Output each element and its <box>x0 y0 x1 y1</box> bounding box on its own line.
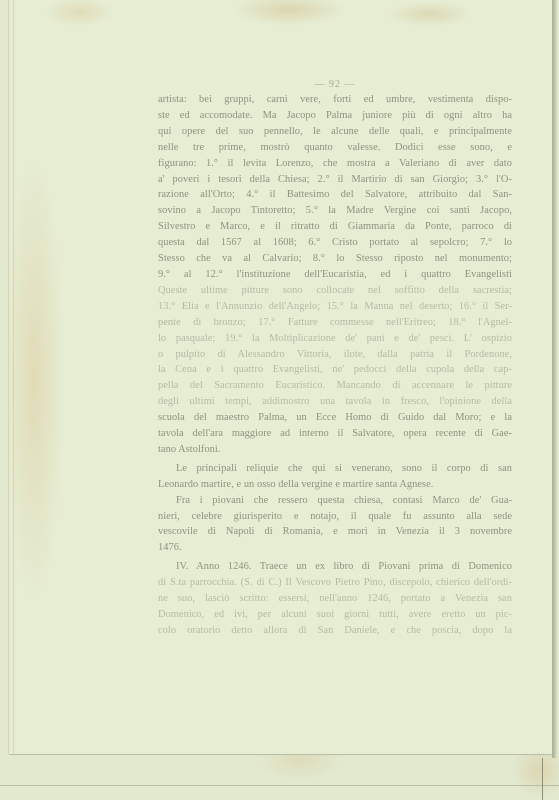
text-line: sovino a Jacopo Tintoretto; 5.° la Madre… <box>158 203 512 219</box>
text-line: Stesso che va al Calvario; 8.° lo Stesso… <box>158 251 512 267</box>
text-line: pella del Sacramento Eucaristico. Mancan… <box>158 378 512 394</box>
text-line: Silvestro e Marco, e il ritratto di Giam… <box>158 219 512 235</box>
paragraph-relics: Le principali reliquie che qui si venera… <box>158 461 512 493</box>
text-line: artista: bei gruppi, carni vere, forti e… <box>158 92 512 108</box>
text-line: 1476. <box>158 540 512 556</box>
text-line: ne suo, lasciò scritto: essersi, nell'an… <box>158 591 512 607</box>
page-right-edge <box>552 0 556 758</box>
text-line: Leonardo martire, e un osso della vergin… <box>158 477 512 493</box>
text-line: figurano: 1.° il levita Lorenzo, che mos… <box>158 156 512 172</box>
text-line: qui opere del suo pennello, le alcune de… <box>158 124 512 140</box>
text-line: tano Astolfoni. <box>158 442 512 458</box>
text-line: 9.° al 12.° l'instituzione dell'Eucarist… <box>158 267 512 283</box>
text-line: colo oratorio detto allora di San Daniel… <box>158 623 512 639</box>
paragraph-artworks: artista: bei gruppi, carni vere, forti e… <box>158 92 512 458</box>
page-gutter-stain <box>13 0 14 754</box>
text-line: scuola del maestro Palma, un Ecce Homo d… <box>158 410 512 426</box>
text-line: tavola dell'ara maggiore ad interno il S… <box>158 426 512 442</box>
page-text-block: — 92 — artista: bei gruppi, carni vere, … <box>158 77 512 639</box>
text-line: 13.° Elia e l'Annunzio dell'Angelo; 15.°… <box>158 299 512 315</box>
text-line: lo pasquale; 19.° la Moltiplicazione de'… <box>158 331 512 347</box>
text-line: Fra i piovani che ressero questa chiesa,… <box>158 493 512 509</box>
text-line: pente di bronzo; 17.° Fatture commesse n… <box>158 315 512 331</box>
text-line: questa dal 1567 al 1608; 6.° Cristo port… <box>158 235 512 251</box>
text-line: Domenico, ed ivi, per alcuni suoi giorni… <box>158 607 512 623</box>
text-line: nelle tre prime, mostrò quanto valesse. … <box>158 140 512 156</box>
page-number: — 92 — <box>158 77 512 92</box>
paragraph-pastors: Fra i piovani che ressero questa chiesa,… <box>158 493 512 557</box>
underlying-sheet-right-edge <box>542 758 543 800</box>
section-heading-line: IV. Anno 1246. Traece un ex libro di Pio… <box>158 559 512 575</box>
text-line: nieri, celebre giurisperito e notajo, il… <box>158 509 512 525</box>
text-line: vescovile di Napoli di Romania, e morì i… <box>158 524 512 540</box>
text-line: degli ultimi tempi, addimostro una tavol… <box>158 394 512 410</box>
underlying-sheet-edge <box>0 785 559 786</box>
text-line: la Cena e i quattro Evangelisti, ne' ped… <box>158 362 512 378</box>
text-line: Le principali reliquie che qui si venera… <box>158 461 512 477</box>
text-line: razione all'Orto; 4.° il Battesimo del S… <box>158 187 512 203</box>
paragraph-year-1246: IV. Anno 1246. Traece un ex libro di Pio… <box>158 559 512 639</box>
text-line: o pulpito di Alessandro Vittoria, ilote,… <box>158 347 512 363</box>
text-line: Queste ultime pitture sono collocate nel… <box>158 283 512 299</box>
text-line: a' poveri i tesori della Chiesa; 2.° il … <box>158 172 512 188</box>
text-line: ste ed accomodate. Ma Jacopo Palma junio… <box>158 108 512 124</box>
text-line: di S.ta parrocchia. (S. di C.) Il Vescov… <box>158 575 512 591</box>
